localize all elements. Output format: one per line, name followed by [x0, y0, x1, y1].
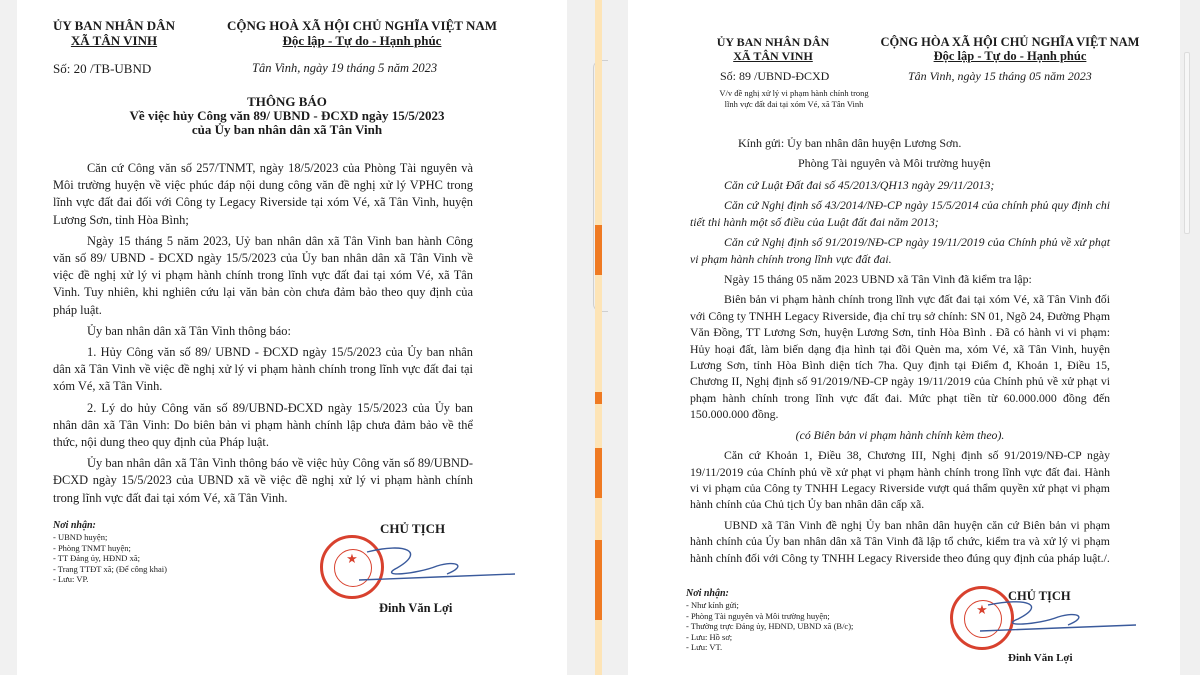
subject-line: V/v đề nghị xử lý vi phạm hành chính tro…	[684, 88, 904, 109]
signer-name: Đinh Văn Lợi	[379, 600, 452, 617]
recipient-item: - Trang TTĐT xã; (Để công khai)	[53, 564, 223, 575]
document-number: Số: 89 /UBND-ĐCXD	[720, 68, 829, 85]
body-paragraph: Ủy ban nhân dân xã Tân Vinh thông báo:	[53, 323, 473, 340]
body-paragraph: Căn cứ Công văn số 257/TNMT, ngày 18/5/2…	[53, 160, 473, 229]
place-date: Tân Vinh, ngày 15 tháng 05 năm 2023	[908, 68, 1092, 85]
addressee-line: Phòng Tài nguyên và Môi trường huyện	[798, 155, 991, 172]
legal-basis: Căn cứ Nghị định số 43/2014/NĐ-CP ngày 1…	[690, 197, 1110, 230]
recipient-item: - Lưu: VP.	[53, 574, 223, 585]
page-gutter	[567, 0, 628, 675]
national-motto: CỘNG HOÀ XÃ HỘI CHỦ NGHĨA VIỆT NAM Độc l…	[197, 18, 527, 48]
body-paragraph: Ngày 15 tháng 5 năm 2023, Uỷ ban nhân dâ…	[53, 233, 473, 319]
notice-body: Căn cứ Công văn số 257/TNMT, ngày 18/5/2…	[53, 160, 473, 511]
attachment-note: (có Biên bản vi phạm hành chính kèm theo…	[690, 427, 1110, 443]
recipient-item: - TT Đảng ủy, HĐND xã;	[53, 553, 223, 564]
scrollbar-thumb[interactable]	[1184, 52, 1190, 234]
recipient-item: - Như kính gửi;	[686, 600, 886, 611]
body-paragraph: Ngày 15 tháng 05 năm 2023 UBND xã Tân Vi…	[690, 271, 1110, 287]
body-paragraph: 2. Lý do hủy Công văn số 89/UBND-ĐCXD ng…	[53, 400, 473, 452]
recipients-list: Nơi nhận: - Như kính gửi; - Phòng Tài ng…	[686, 588, 886, 653]
signer-title: CHỦ TỊCH	[380, 520, 445, 537]
body-paragraph: Biên bản vi phạm hành chính trong lĩnh v…	[690, 291, 1110, 422]
body-paragraph: 1. Hủy Công văn số 89/ UBND - ĐCXD ngày …	[53, 344, 473, 396]
issuing-authority: ỦY BAN NHÂN DÂN XÃ TÂN VINH	[39, 18, 189, 48]
letter-body: Căn cứ Luật Đất đai số 45/2013/QH13 ngày…	[690, 177, 1110, 570]
document-page-left: ỦY BAN NHÂN DÂN XÃ TÂN VINH CỘNG HOÀ XÃ …	[17, 0, 567, 675]
recipient-item: - UBND huyện;	[53, 532, 223, 543]
recipient-item: - Phòng Tài nguyên và Môi trường huyện;	[686, 611, 886, 622]
signature-icon	[968, 595, 1138, 640]
gutter-accent-mark	[595, 448, 602, 498]
place-date: Tân Vinh, ngày 19 tháng 5 năm 2023	[252, 60, 437, 77]
addressee-line: Kính gửi: Ủy ban nhân dân huyện Lương Sơ…	[738, 135, 961, 152]
body-paragraph: UBND xã Tân Vinh đề nghị Ủy ban nhân dân…	[690, 517, 1110, 566]
recipient-item: - Lưu: VT.	[686, 642, 886, 653]
issuing-authority: ỦY BAN NHÂN DÂN XÃ TÂN VINH	[698, 35, 848, 63]
recipient-item: - Thường trực Đảng ủy, HĐND, UBND xã (B/…	[686, 621, 886, 632]
body-paragraph: Căn cứ Khoản 1, Điều 38, Chương III, Ngh…	[690, 447, 1110, 513]
signature-icon	[347, 540, 517, 590]
gutter-accent-mark	[595, 225, 602, 275]
recipients-list: Nơi nhận: - UBND huyện; - Phòng TNMT huy…	[53, 520, 223, 585]
document-number: Số: 20 /TB-UBND	[53, 60, 151, 77]
document-page-right: ỦY BAN NHÂN DÂN XÃ TÂN VINH CỘNG HÒA XÃ …	[628, 0, 1180, 675]
scrollbar[interactable]	[1180, 0, 1200, 675]
national-motto: CỘNG HÒA XÃ HỘI CHỦ NGHĨA VIỆT NAM Độc l…	[850, 35, 1170, 63]
recipient-item: - Lưu: Hồ sơ;	[686, 632, 886, 643]
signer-name: Đinh Văn Lợi	[1008, 650, 1073, 667]
legal-basis: Căn cứ Luật Đất đai số 45/2013/QH13 ngày…	[690, 177, 1110, 193]
body-paragraph: Ủy ban nhân dân xã Tân Vinh thông báo về…	[53, 455, 473, 507]
gutter-accent-mark	[595, 540, 602, 620]
recipient-item: - Phòng TNMT huyện;	[53, 543, 223, 554]
legal-basis: Căn cứ Nghị định số 91/2019/NĐ-CP ngày 1…	[690, 234, 1110, 267]
notice-title-block: THÔNG BÁO Về việc hủy Công văn 89/ UBND …	[57, 95, 517, 137]
gutter-accent-mark	[595, 392, 602, 404]
